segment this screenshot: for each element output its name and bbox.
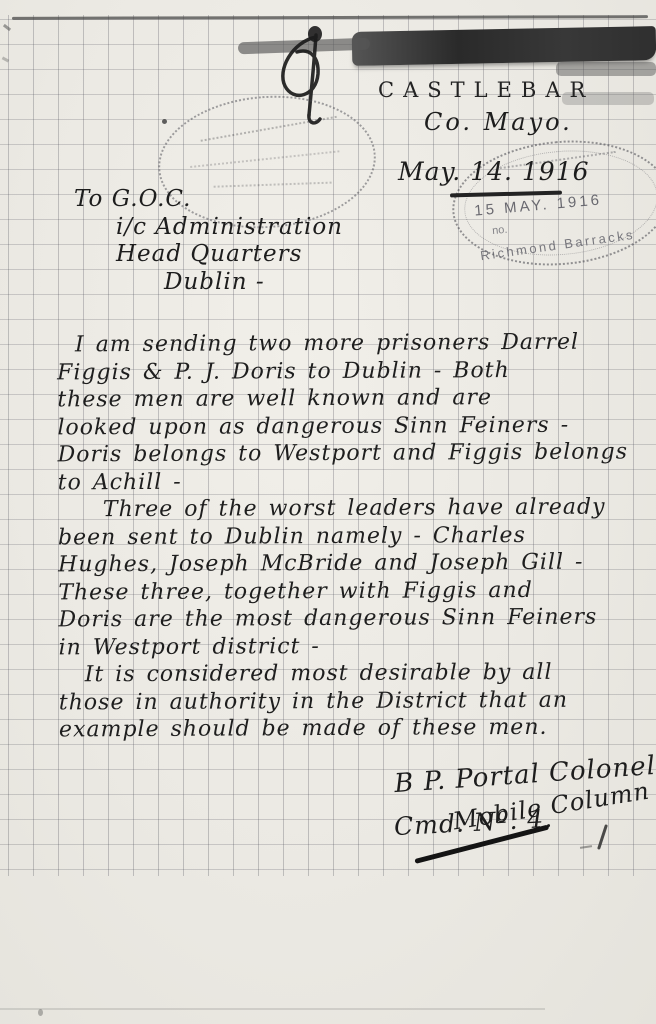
body-line: Hughes, Joseph McBride and Joseph Gill - (0, 548, 656, 579)
body-line: Doris belongs to Westport and Figgis bel… (0, 438, 656, 469)
scan-bottom-line (0, 1008, 545, 1010)
photocopy-smudge (352, 26, 656, 66)
address-block: To G.O.C. i/c Administration Head Quarte… (0, 186, 343, 296)
stamp-illegible-row (201, 116, 337, 142)
body-line: Figgis & P. J. Doris to Dublin - Both (0, 356, 655, 387)
address-line: Dublin - (0, 269, 343, 297)
heading-county: Co. Mayo. (424, 108, 573, 136)
scanned-letter-page: 15 MAY. 1916 no. Richmond Barracks CASTL… (0, 0, 656, 1024)
body-line: Three of the worst leaders have already (0, 493, 656, 524)
body-line: I am sending two more prisoners Darrel (0, 328, 655, 359)
stamp-small-text: no. (492, 224, 508, 237)
scan-bottom-mark (38, 1009, 43, 1016)
body-line: these men are well known and are (0, 383, 655, 414)
body-line: looked upon as dangerous Sinn Feiners - (0, 411, 655, 442)
ink-dot (162, 119, 167, 124)
letter-body: I am sending two more prisoners Darrel F… (0, 328, 656, 744)
body-line: those in authority in the District that … (1, 686, 656, 717)
photocopy-smudge-lower (556, 62, 656, 76)
stamp-illegible-row (190, 150, 339, 168)
body-line: in Westport district - (1, 631, 656, 662)
body-line: been sent to Dublin namely - Charles (0, 521, 656, 552)
body-line: example should be made of these men. (1, 713, 656, 744)
address-line: i/c Administration (0, 214, 343, 242)
body-line: These three, together with Figgis and (0, 576, 656, 607)
body-line: It is considered most desirable by all (1, 658, 656, 689)
body-line: Doris are the most dangerous Sinn Feiner… (0, 603, 656, 634)
address-line: To G.O.C. (0, 186, 343, 214)
heading-place: CASTLEBAR (378, 78, 594, 102)
heading-date: May. 14. 1916 (398, 157, 590, 186)
body-line: to Achill - (0, 466, 656, 497)
address-line: Head Quarters (0, 241, 343, 269)
